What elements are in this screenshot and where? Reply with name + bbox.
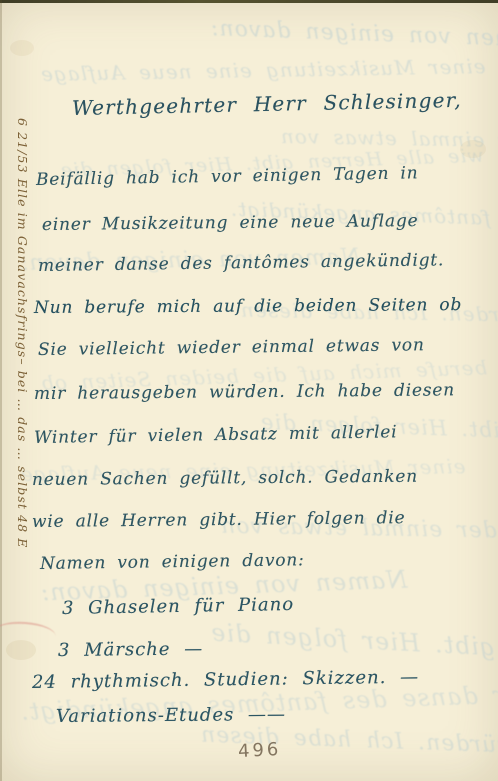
bleed-through-line: einer Musikzeitung eine neue Auflage — [40, 54, 486, 86]
letter-line: Nun berufe mich auf die beiden Seiten ob — [34, 295, 462, 318]
letter-line: mir herausgeben würden. Ich habe diesen — [34, 380, 455, 404]
letter-line: neuen Sachen gefüllt, solch. Gedanken — [32, 467, 418, 490]
works-list-item: 3 Ghaselen für Piano — [62, 594, 294, 619]
letter-page: Namen von einigen davon: einer Musikzeit… — [0, 0, 498, 781]
letter-line: meiner danse des fantômes angekündigt. — [38, 250, 444, 276]
scan-edge-top — [0, 0, 498, 3]
paper-stain — [460, 140, 486, 158]
scan-edge-left — [0, 0, 2, 781]
bleed-through-line: Sie vielleicht wieder einmal etwas von — [280, 124, 498, 156]
letter-line: Winter für vielen Absatz mit allerlei — [34, 422, 398, 448]
letter-line: einer Musikzeitung eine neue Auflage — [42, 211, 419, 235]
bleed-through-line: Namen von einigen davon: — [210, 16, 498, 53]
letter-line: Beifällig hab ich vor einigen Tagen in — [36, 163, 419, 190]
letter-line: Namen von einigen davon: — [40, 550, 305, 574]
letter-greeting: Werthgeehrter Herr Schlesinger, — [72, 88, 462, 120]
works-list-item: 24 rhythmisch. Studien: Skizzen. — — [32, 667, 419, 693]
letter-line: wie alle Herren gibt. Hier folgen die — [32, 508, 406, 532]
paper-stain — [10, 40, 34, 56]
paper-stain — [6, 640, 36, 660]
page-number: 496 — [237, 739, 281, 762]
works-list-item: 3 Märsche — — [58, 638, 203, 661]
bleed-through-line: wie alle Herren gibt. Hier folgen die — [210, 619, 498, 674]
letter-line: Sie vielleicht wieder einmal etwas von — [38, 335, 425, 360]
red-pencil-mark — [0, 620, 56, 636]
works-list-item: Variations-Etudes —— — [56, 704, 286, 727]
margin-note: 6 21/53 Elle im Ganavachsfrings– bei … d… — [15, 118, 30, 548]
